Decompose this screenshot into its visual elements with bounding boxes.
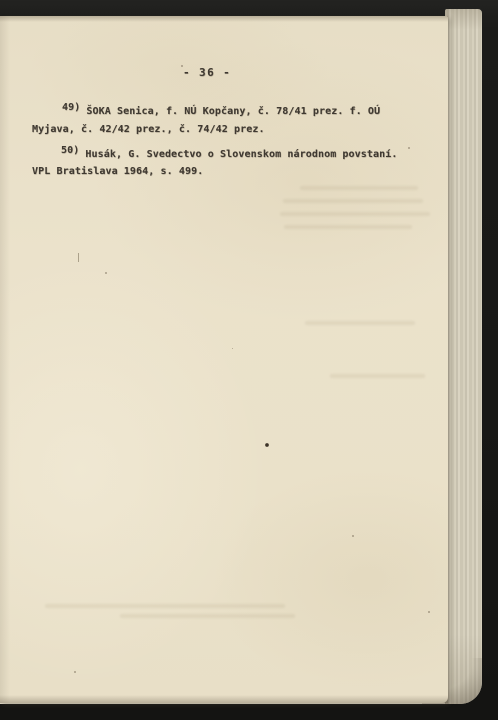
footnote-49-marker: 49) [62, 101, 80, 115]
ghost-text-smudge [45, 604, 285, 608]
ghost-text-smudge [120, 614, 295, 618]
page-left-shadow [0, 16, 10, 703]
ghost-text-smudge [300, 186, 418, 190]
footnote-49-line-1: 49)ŠOKA Senica, f. NÚ Kopčany, č. 78/41 … [62, 105, 380, 119]
dust-speck [352, 535, 354, 537]
footnote-50-line-1: 50)Husák, G. Svedectvo o Slovenskom náro… [61, 148, 398, 162]
dust-speck [428, 611, 430, 613]
ghost-text-smudge [284, 225, 412, 229]
dust-speck [74, 671, 76, 673]
book-page-stack: - 36 - 49)ŠOKA Senica, f. NÚ Kopčany, č.… [0, 16, 482, 704]
ink-dot [265, 443, 269, 447]
page-number: - 36 - [183, 66, 231, 80]
book-fore-edge [445, 9, 482, 704]
page-surface: - 36 - 49)ŠOKA Senica, f. NÚ Kopčany, č.… [0, 16, 448, 703]
footnote-50-marker: 50) [61, 144, 79, 158]
page-bottom-shadow [0, 695, 448, 703]
footnote-49-text: ŠOKA Senica, f. NÚ Kopčany, č. 78/41 pre… [86, 106, 380, 117]
paper-fiber-mark [78, 253, 79, 262]
footnote-50-line-2: VPL Bratislava 1964, s. 499. [32, 165, 203, 179]
footnote-50-text: Husák, G. Svedectvo o Slovenskom národno… [85, 149, 397, 160]
dust-speck [105, 272, 107, 274]
dust-speck [408, 147, 410, 149]
ghost-text-smudge [283, 199, 423, 203]
footnote-49-line-2: Myjava, č. 42/42 prez., č. 74/42 prez. [32, 123, 265, 137]
scanned-book-page-photo: - 36 - 49)ŠOKA Senica, f. NÚ Kopčany, č.… [0, 0, 498, 720]
page-top-shadow [0, 16, 448, 22]
dust-speck [232, 348, 233, 349]
ghost-text-smudge [305, 321, 415, 325]
ghost-text-smudge [280, 212, 430, 216]
ghost-text-smudge [330, 374, 425, 378]
